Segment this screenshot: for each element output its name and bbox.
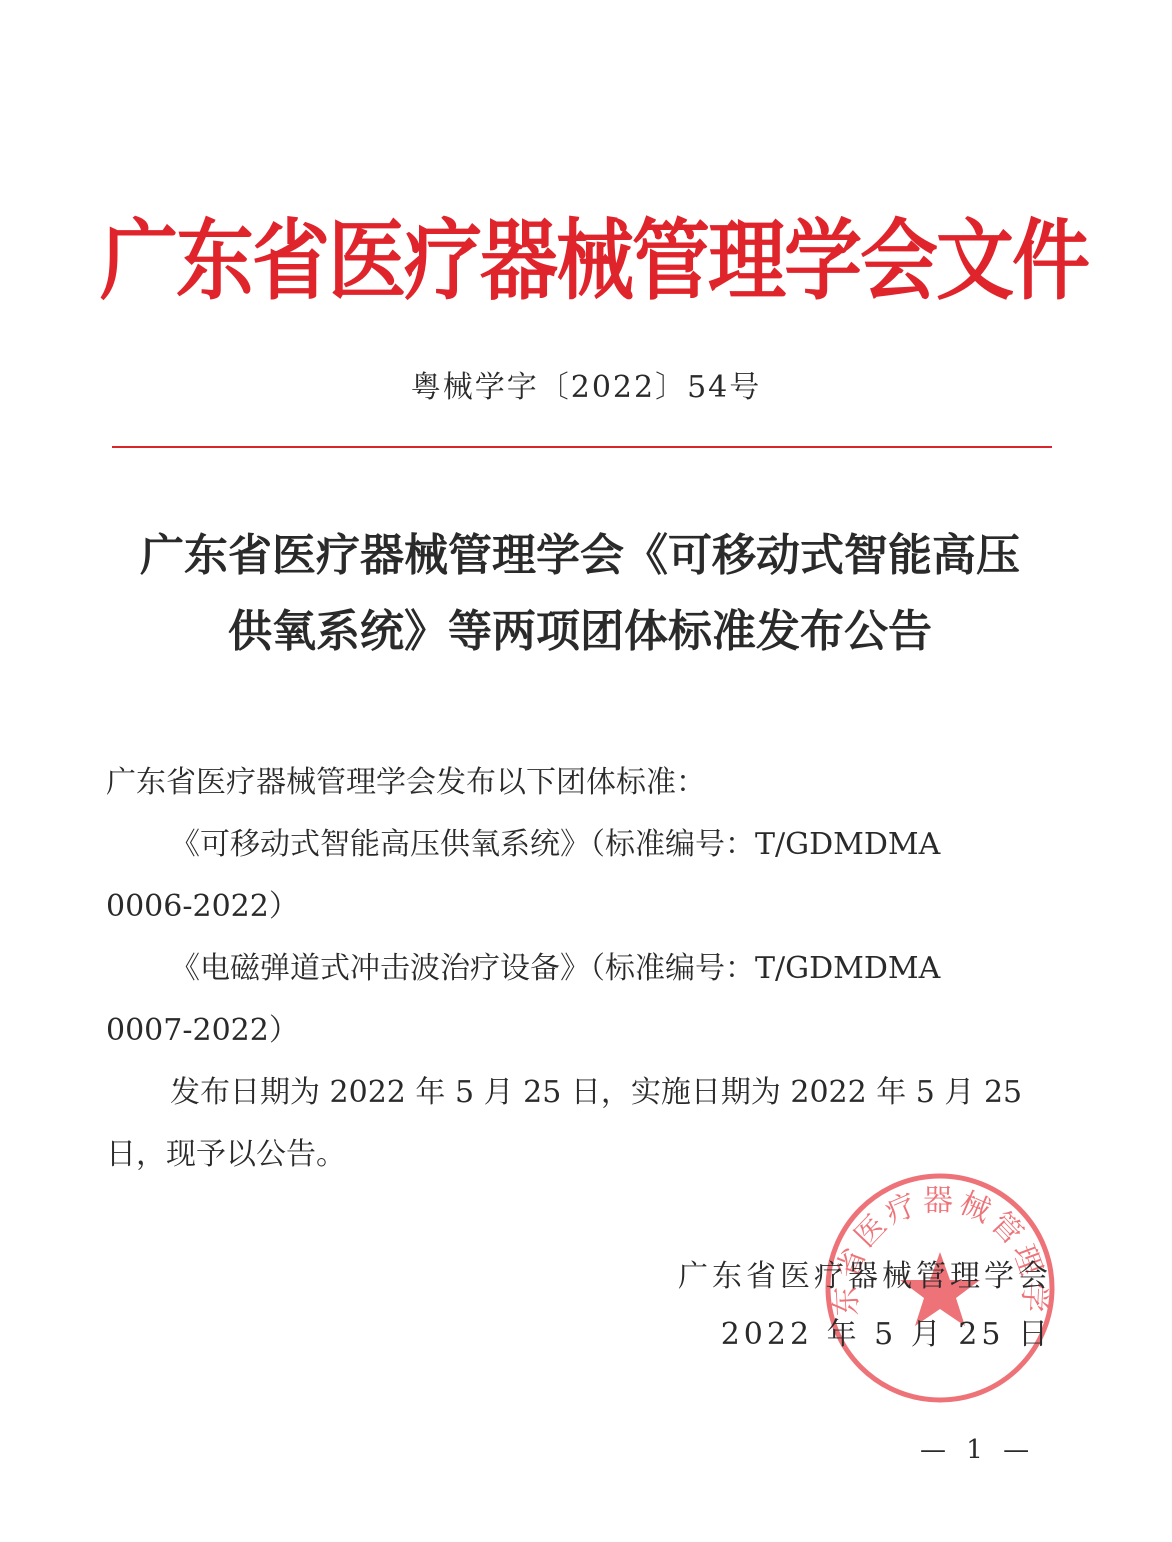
body-text: 广东省医疗器械管理学会发布以下团体标准： 《可移动式智能高压供氧系统》（标准编号…	[106, 752, 1056, 1186]
standard-2-code-tail: 0007-2022）	[106, 1000, 1056, 1062]
signature-date: 2022 年 5 月 25 日	[678, 1306, 1052, 1364]
intro-paragraph: 广东省医疗器械管理学会发布以下团体标准：	[106, 752, 1056, 814]
red-divider	[112, 446, 1052, 448]
signature-block: 广东省医疗器械管理学会 2022 年 5 月 25 日	[678, 1248, 1052, 1364]
page-number: — 1 —	[920, 1432, 1035, 1468]
title-line-1: 广东省医疗器械管理学会《可移动式智能高压	[100, 518, 1060, 594]
standard-1-name: 《可移动式智能高压供氧系统》（标准编号：T/GDMDMA	[106, 814, 1056, 876]
masthead-title: 广东省医疗器械管理学会文件	[100, 206, 1060, 318]
announcement-title: 广东省医疗器械管理学会《可移动式智能高压 供氧系统》等两项团体标准发布公告	[100, 518, 1060, 670]
standard-2-name: 《电磁弹道式冲击波治疗设备》（标准编号：T/GDMDMA	[106, 938, 1056, 1000]
signature-organization: 广东省医疗器械管理学会	[678, 1248, 1052, 1306]
title-line-2: 供氧系统》等两项团体标准发布公告	[100, 594, 1060, 670]
document-page: 广东省医疗器械管理学会文件 粤械学字〔2022〕54号 广东省医疗器械管理学会《…	[0, 0, 1172, 1542]
dates-line-1: 发布日期为 2022 年 5 月 25 日，实施日期为 2022 年 5 月 2…	[106, 1062, 1056, 1124]
document-number: 粤械学字〔2022〕54号	[0, 366, 1172, 410]
standard-1-code-tail: 0006-2022）	[106, 876, 1056, 938]
